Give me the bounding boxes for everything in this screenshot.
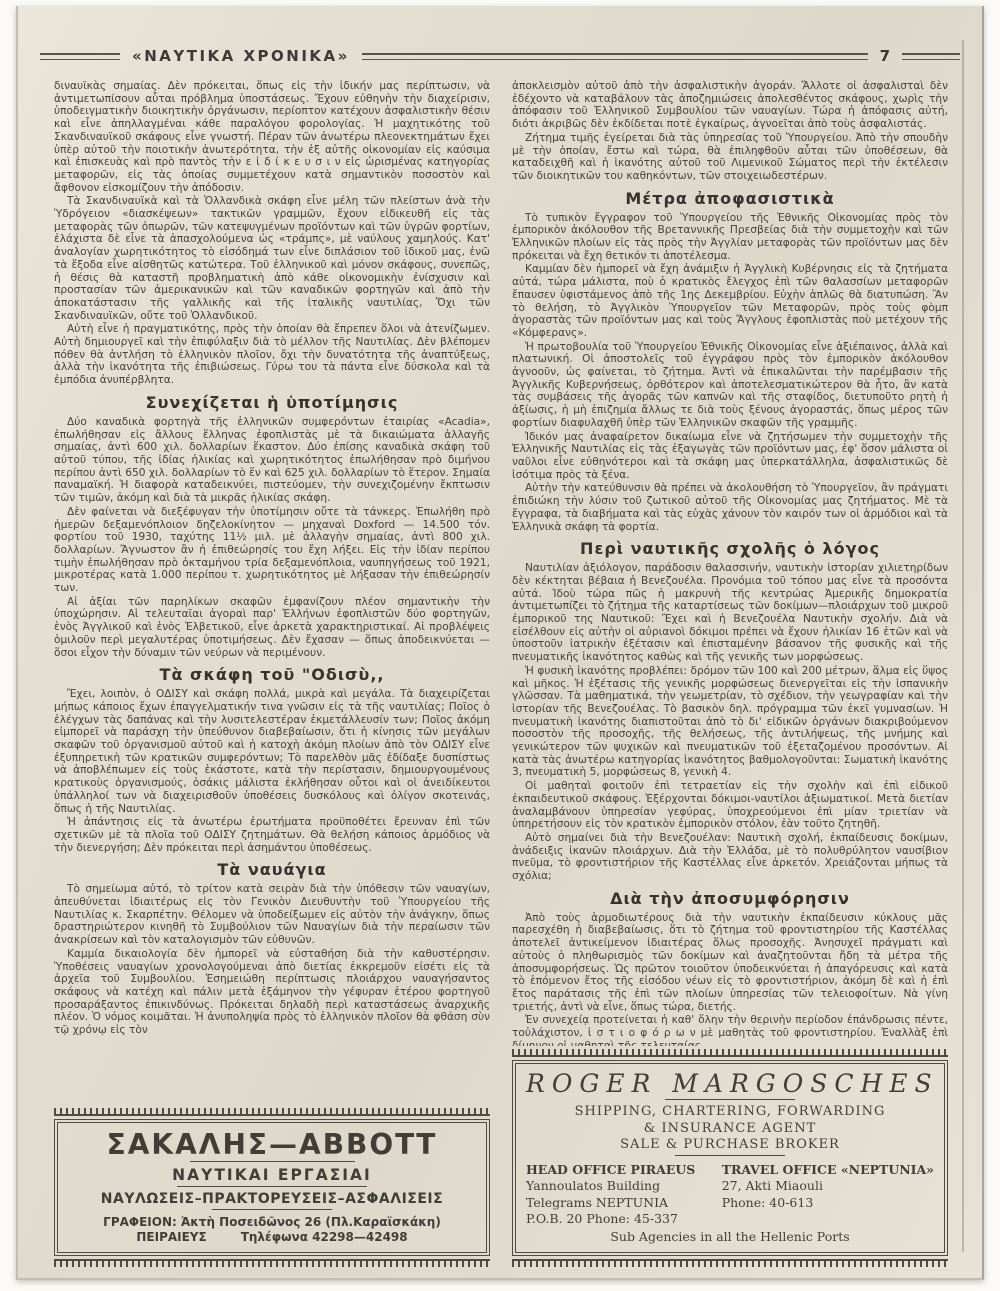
ad-office-line: ΓΡΑΦΕΙΟΝ: Ἀκτὴ Ποσειδῶνος 26 (Πλ.Καραϊσκ… [68,1215,476,1229]
paragraph: Ἡ ἀπάντησις εἰς τὰ ἀνωτέρω ἐρωτήματα προ… [54,816,490,854]
paragraph: Ἰδικόν μας ἀναφαίρετον δικαίωμα εἶνε νὰ … [512,431,948,482]
article-columns: διναυϊκὰς σημαίας. Δὲν πρόκειται, ὅπως ε… [54,80,948,1270]
left-column-text: διναυϊκὰς σημαίας. Δὲν πρόκειται, ὅπως ε… [54,80,490,1105]
travel-office-label: TRAVEL OFFICE «NEPTUNIA» [722,1162,934,1178]
ad-city-phone-row: ΠΕΙΡΑΙΕΥΣ Τηλέφωνα 42298—42498 [68,1230,476,1244]
paragraph: Αὐτὴ εἶνε ἡ πραγματικότης, πρὸς τὴν ὁποί… [54,323,490,387]
travel-office-line: 27, Akti Miaouli [722,1178,934,1194]
ad-roger-margosches-box: ROGER MARGOSCHES SHIPPING, CHARTERING, F… [512,1060,948,1256]
travel-office-line: Phone: 40-613 [722,1195,934,1211]
section-heading: Τὰ ναυάγια [54,860,490,879]
ad-phones: Τηλέφωνα 42298—42498 [241,1230,408,1244]
head-office-line: P.O.B. 20 Phone: 45-337 [526,1211,722,1227]
header-rule-center [362,53,868,60]
paragraph: Αὐτὴν τὴν κατεύθυνσιν θὰ πρέπει νὰ ἀκολο… [512,482,948,533]
page-edge-scan-line [962,40,964,1252]
section-heading: Συνεχίζεται ἡ ὑποτίμησις [54,393,490,412]
right-column: ἀποκλεισμὸν αὐτοῦ ἀπὸ τὴν ἀσφαλιστικὴν ἀ… [512,80,948,1270]
ad-services-line-1: SHIPPING, CHARTERING, FORWARDING [526,1104,934,1120]
paragraph: Τὰ Σκανδιναυϊκὰ καὶ τὰ Ὁλλανδικὰ σκάφη ε… [54,195,490,322]
paragraph: Καμμίαν δὲν ἠμπορεῖ νὰ ἔχη ἀνάμιξιν ἡ Ἀγ… [512,263,948,339]
ad-roger-margosches: ROGER MARGOSCHES SHIPPING, CHARTERING, F… [512,1046,948,1270]
ad-title: ROGER MARGOSCHES [526,1071,934,1097]
paragraph: Ἔχει, λοιπὸν, ὁ ΟΔΙΣΥ καὶ σκάφη πολλά, μ… [54,688,490,815]
ad-divider-rule [190,1161,355,1162]
decorative-comb-rule [54,1259,490,1267]
paragraph: Οἱ μαθηταὶ φοιτοῦν ἐπὶ τετραετίαν εἰς τὴ… [512,780,948,831]
paragraph: Αὐτὸ σημαίνει διὰ τὴν Βενεζουέλαν: Ναυτι… [512,832,948,883]
decorative-comb-rule [512,1259,948,1267]
travel-office-block: TRAVEL OFFICE «NEPTUNIA» 27, Akti Miaoul… [722,1162,934,1227]
head-office-line: Telegrams NEPTUNIA [526,1195,722,1211]
paragraph: Τὸ σημείωμα αὐτό, τὸ τρίτον κατὰ σειρὰν … [54,883,490,947]
section-heading: Διὰ τὴν ἀποσυμφόρησιν [512,889,948,908]
ad-divider-rule [675,1155,785,1156]
paragraph: Ἀπὸ τοὺς ἁρμοδιωτέρους διὰ τὴν ναυτικὴν … [512,912,948,1014]
scanned-newspaper-page: «ΝΑΥΤΙΚΑ ΧΡΟΝΙΚΑ» 7 διναυϊκὰς σημαίας. Δ… [16,6,984,1280]
decorative-comb-rule [512,1049,948,1057]
head-office-block: HEAD OFFICE PIRAEUS Yannoulatos Building… [526,1162,722,1227]
paragraph: ἀποκλεισμὸν αὐτοῦ ἀπὸ τὴν ἀσφαλιστικὴν ἀ… [512,80,948,131]
ad-services-line: ΝΑΥΛΩΣΕΙΣ–ΠΡΑΚΤΟΡΕΥΣΕΙΣ–ΑΣΦΑΛΙΣΕΙΣ [68,1191,476,1207]
left-column: διναυϊκὰς σημαίας. Δὲν πρόκειται, ὅπως ε… [54,80,490,1270]
ad-footer: Sub Agencies in all the Hellenic Ports [526,1229,934,1244]
ad-title: ΣΑΚΑΛΗΣ—ΑΒΒΟΤΤ [68,1130,476,1159]
ad-divider-rule [665,1099,795,1100]
right-column-text: ἀποκλεισμὸν αὐτοῦ ἀπὸ τὴν ἀσφαλιστικὴν ἀ… [512,80,948,1046]
paragraph: Ζήτημα τιμῆς ἐγείρεται διὰ τὰς ὑπηρεσίας… [512,132,948,183]
header-rule-right [902,53,960,60]
paragraph: διναυϊκὰς σημαίας. Δὲν πρόκειται, ὅπως ε… [54,80,490,194]
section-heading: Περὶ ναυτικῆς σχολῆς ὁ λόγος [512,539,948,558]
decorative-comb-rule [54,1108,490,1116]
paragraph: Δύο καναδικὰ φορτηγὰ τῆς ἑλληνικῶν συμφε… [54,416,490,505]
paragraph: Καμμία δικαιολογία δὲν ἠμπορεῖ νὰ εὐσταθ… [54,948,490,1037]
ad-city: ΠΕΙΡΑΙΕΥΣ [136,1230,206,1244]
header-rule-left [40,53,120,60]
ad-divider-rule [177,1186,367,1187]
ad-services-line-2: & INSURANCE AGENT [526,1121,934,1137]
page-header: «ΝΑΥΤΙΚΑ ΧΡΟΝΙΚΑ» 7 [40,46,960,66]
section-heading: Μέτρα ἀποφασιστικὰ [512,189,948,208]
page-number: 7 [880,47,890,65]
paragraph: Ναυτιλίαν ἀξιόλογον, παράδοσιν θαλασσινή… [512,562,948,664]
ad-offices: HEAD OFFICE PIRAEUS Yannoulatos Building… [526,1162,934,1227]
paragraph: Τὸ τυπικὸν ἔγγραφον τοῦ Ὑπουργείου τῆς Ἐ… [512,212,948,263]
ad-divider-rule [212,1209,332,1210]
paragraph: Ἡ φυσικὴ ἱκανότης προβλέπει: δρόμον τῶν … [512,665,948,779]
head-office-line: Yannoulatos Building [526,1178,722,1194]
ad-sakalis-abbott: ΣΑΚΑΛΗΣ—ΑΒΒΟΤΤ ΝΑΥΤΙΚΑΙ ΕΡΓΑΣΙΑΙ ΝΑΥΛΩΣΕ… [54,1105,490,1270]
ad-services-line-3: SALE & PURCHASE BROKER [526,1137,934,1153]
head-office-label: HEAD OFFICE PIRAEUS [526,1162,722,1178]
paragraph: Αἱ ἀξίαι τῶν παρηλίκων σκαφῶν ἐμφανίζουν… [54,596,490,660]
masthead-title: «ΝΑΥΤΙΚΑ ΧΡΟΝΙΚΑ» [132,47,350,65]
ad-subtitle: ΝΑΥΤΙΚΑΙ ΕΡΓΑΣΙΑΙ [68,1166,476,1184]
section-heading: Τὰ σκάφη τοῦ "Οδισὺ,, [54,665,490,684]
paragraph: Ἡ πρωτοβουλία τοῦ Ὑπουργείου Ἐθνικῆς Οἰκ… [512,341,948,430]
ad-sakalis-abbott-box: ΣΑΚΑΛΗΣ—ΑΒΒΟΤΤ ΝΑΥΤΙΚΑΙ ΕΡΓΑΣΙΑΙ ΝΑΥΛΩΣΕ… [54,1119,490,1256]
paragraph: Ἐν συνεχείᾳ προτείνεται ἡ καθ' ὅλην τὴν … [512,1014,948,1046]
paragraph: Δὲν φαίνεται νὰ διεξέφυγαν τὴν ὑποτίμησι… [54,506,490,595]
